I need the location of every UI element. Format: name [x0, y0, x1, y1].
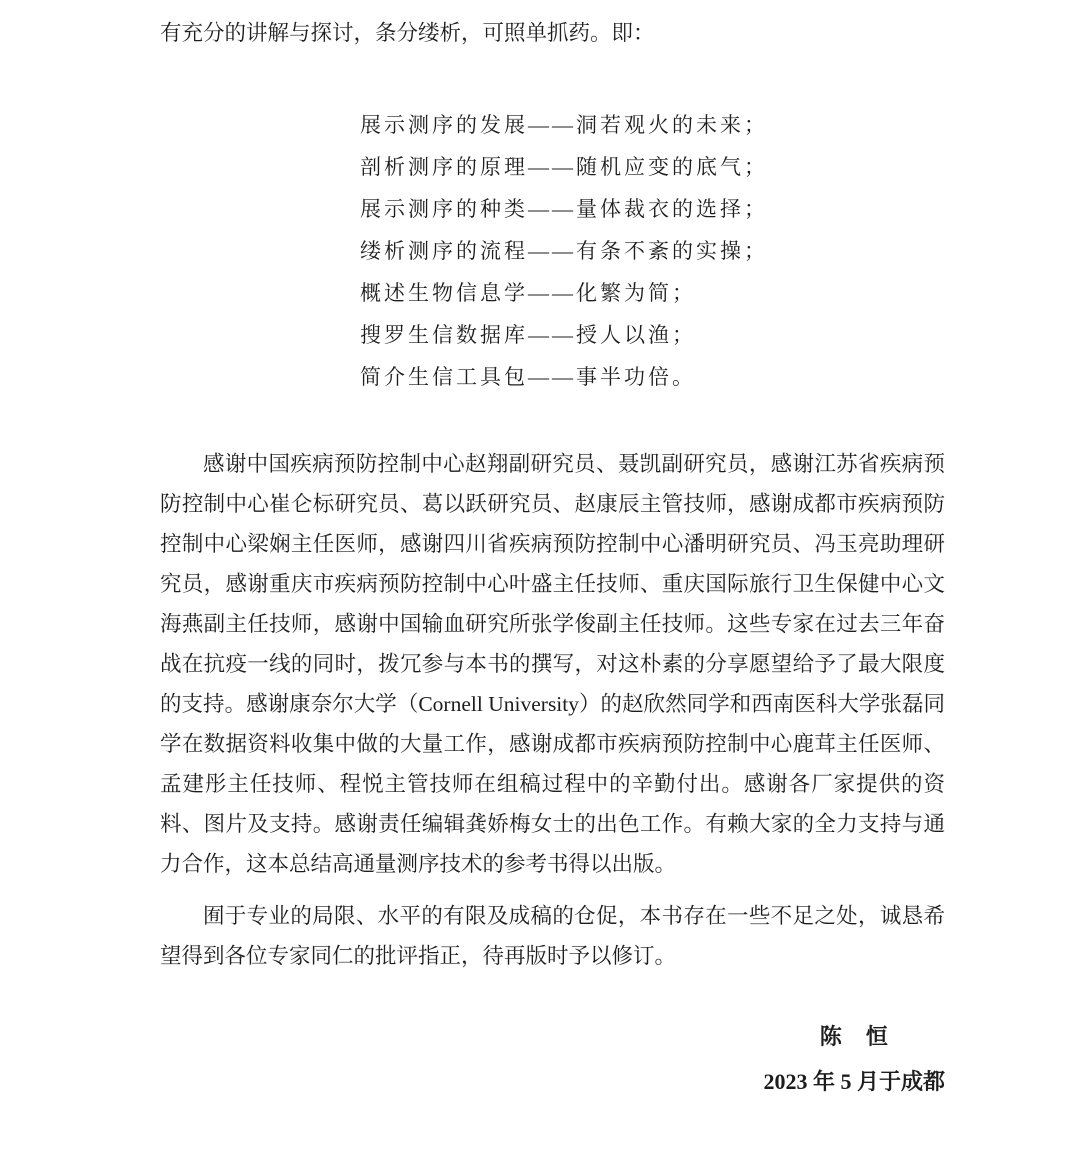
intro-line: 有充分的讲解与探讨，条分缕析，可照单抓药。即：	[160, 16, 945, 50]
apology-paragraph: 囿于专业的局限、水平的有限及成稿的仓促，本书存在一些不足之处，诚恳希望得到各位专…	[160, 896, 945, 976]
list-item: 剖析测序的原理——随机应变的底气；	[360, 146, 945, 188]
author-name: 陈 恒	[763, 1014, 945, 1059]
list-item: 简介生信工具包——事半功倍。	[360, 356, 945, 398]
body-paragraphs: 感谢中国疾病预防控制中心赵翔副研究员、聂凯副研究员，感谢江苏省疾病预防控制中心崔…	[160, 444, 945, 976]
signature-date-place: 2023 年 5 月于成都	[763, 1059, 945, 1104]
list-item: 展示测序的发展——洞若观火的未来；	[360, 104, 945, 146]
chapter-summary-list: 展示测序的发展——洞若观火的未来； 剖析测序的原理——随机应变的底气； 展示测序…	[360, 104, 945, 398]
list-item: 概述生物信息学——化繁为简；	[360, 272, 945, 314]
signature-block: 陈 恒 2023 年 5 月于成都	[763, 1014, 945, 1104]
list-item: 缕析测序的流程——有条不紊的实操；	[360, 230, 945, 272]
list-item: 搜罗生信数据库——授人以渔；	[360, 314, 945, 356]
acknowledgements-paragraph: 感谢中国疾病预防控制中心赵翔副研究员、聂凯副研究员，感谢江苏省疾病预防控制中心崔…	[160, 444, 945, 884]
list-item: 展示测序的种类——量体裁衣的选择；	[360, 188, 945, 230]
preface-page: 有充分的讲解与探讨，条分缕析，可照单抓药。即： 展示测序的发展——洞若观火的未来…	[0, 0, 1080, 1173]
